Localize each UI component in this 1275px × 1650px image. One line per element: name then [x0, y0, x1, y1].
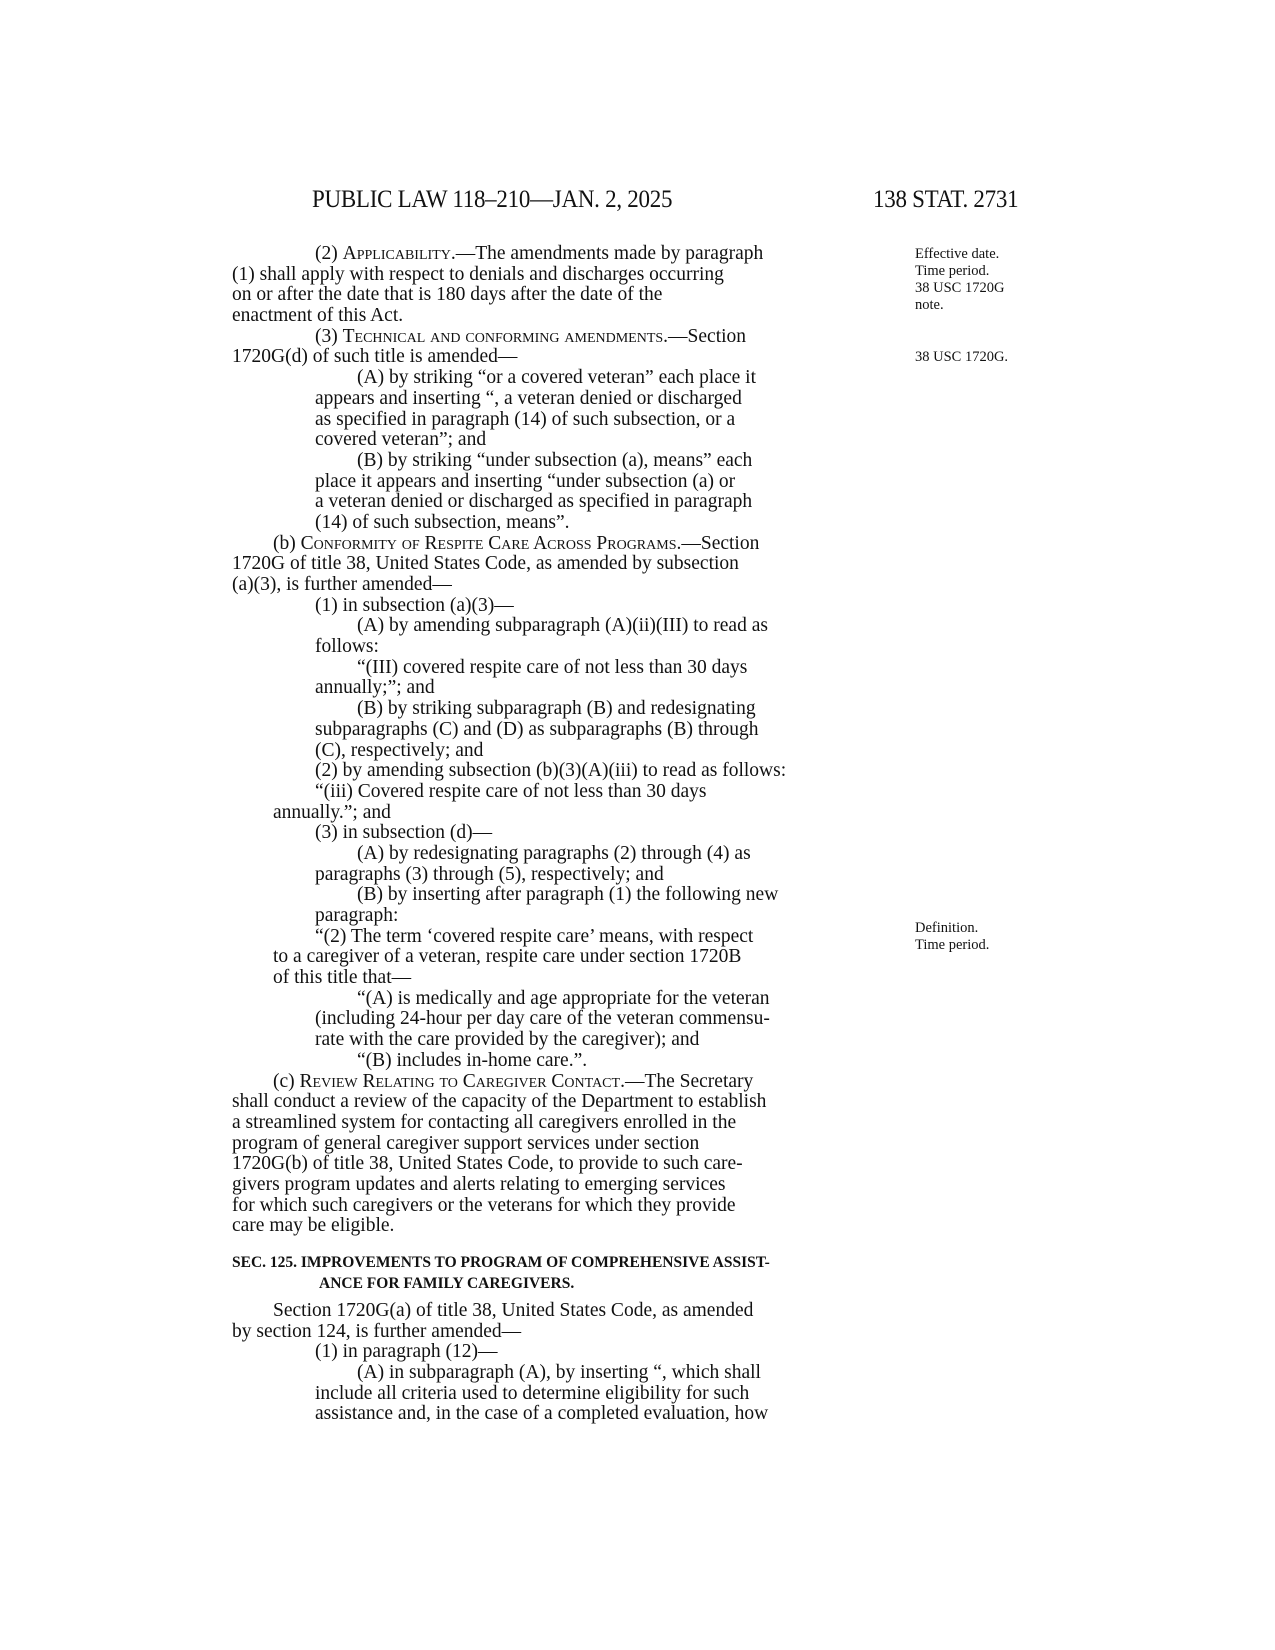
- text-run: annually.”; and: [273, 802, 391, 823]
- text-line: (1) in paragraph (12)—: [232, 1342, 892, 1363]
- text-line: assistance and, in the case of a complet…: [232, 1404, 892, 1425]
- text-run: a veteran denied or discharged as specif…: [315, 491, 752, 512]
- text-line: “(2) The term ‘covered respite care’ mea…: [232, 927, 892, 948]
- text-line: 1720G(b) of title 38, United States Code…: [232, 1154, 892, 1175]
- text-run: (c): [273, 1071, 300, 1092]
- text-line: (B) by striking subparagraph (B) and red…: [232, 699, 892, 720]
- text-run: “(iii) Covered respite care of not less …: [315, 781, 707, 802]
- margin-note-line: Time period.: [915, 263, 1004, 280]
- document-page: PUBLIC LAW 118–210—JAN. 2, 2025 138 STAT…: [0, 0, 1275, 1650]
- text-run: .—Section: [676, 533, 759, 554]
- text-line: for which such caregivers or the veteran…: [232, 1196, 892, 1217]
- section-caption: Review Relating to Caregiver Contact: [300, 1071, 621, 1092]
- text-line: Section 1720G(a) of title 38, United Sta…: [232, 1301, 892, 1322]
- text-line: (2) Applicability.—The amendments made b…: [232, 244, 892, 265]
- text-line: (C), respectively; and: [232, 741, 892, 762]
- text-line: (B) by inserting after paragraph (1) the…: [232, 885, 892, 906]
- text-run: a streamlined system for contacting all …: [232, 1112, 736, 1133]
- section-caption: Applicability: [343, 243, 451, 264]
- section-caption: Conformity of Respite Care Across Progra…: [301, 533, 677, 554]
- text-run: care may be eligible.: [232, 1215, 394, 1236]
- text-line: (A) by amending subparagraph (A)(ii)(III…: [232, 616, 892, 637]
- text-line: to a caregiver of a veteran, respite car…: [232, 947, 892, 968]
- text-line: shall conduct a review of the capacity o…: [232, 1092, 892, 1113]
- text-line: covered veteran”; and: [232, 430, 892, 451]
- text-line: as specified in paragraph (14) of such s…: [232, 410, 892, 431]
- text-line: rate with the care provided by the careg…: [232, 1030, 892, 1051]
- text-run: as specified in paragraph (14) of such s…: [315, 409, 735, 430]
- text-line: by section 124, is further amended—: [232, 1322, 892, 1343]
- text-line: (14) of such subsection, means”.: [232, 513, 892, 534]
- text-line: givers program updates and alerts relati…: [232, 1175, 892, 1196]
- text-run: (2) by amending subsection (b)(3)(A)(iii…: [315, 760, 786, 781]
- text-run: (1) shall apply with respect to denials …: [232, 264, 724, 285]
- text-run: assistance and, in the case of a complet…: [315, 1403, 768, 1424]
- text-line: enactment of this Act.: [232, 306, 892, 327]
- text-line: annually.”; and: [232, 803, 892, 824]
- text-line: annually;”; and: [232, 678, 892, 699]
- text-line: (1) in subsection (a)(3)—: [232, 596, 892, 617]
- text-line: appears and inserting “, a veteran denie…: [232, 389, 892, 410]
- text-line: (b) Conformity of Respite Care Across Pr…: [232, 534, 892, 555]
- text-run: to a caregiver of a veteran, respite car…: [273, 946, 741, 967]
- text-line: (c) Review Relating to Caregiver Contact…: [232, 1072, 892, 1093]
- running-header-page-number: 138 STAT. 2731: [873, 186, 1018, 214]
- text-run: annually;”; and: [315, 677, 435, 698]
- text-run: (14) of such subsection, means”.: [315, 512, 570, 533]
- text-line: (a)(3), is further amended—: [232, 575, 892, 596]
- text-run: paragraph:: [315, 905, 398, 926]
- text-line: place it appears and inserting “under su…: [232, 472, 892, 493]
- text-line: program of general caregiver support ser…: [232, 1134, 892, 1155]
- text-run: of this title that—: [273, 967, 411, 988]
- text-run: (B) by inserting after paragraph (1) the…: [357, 884, 778, 905]
- text-run: “(III) covered respite care of not less …: [357, 657, 747, 678]
- text-run: by section 124, is further amended—: [232, 1321, 521, 1342]
- margin-note-line: note.: [915, 297, 1004, 314]
- margin-note-effective-date: Effective date. Time period. 38 USC 1720…: [915, 246, 1004, 314]
- text-run: (B) by striking subparagraph (B) and red…: [357, 698, 756, 719]
- text-line: (A) by striking “or a covered veteran” e…: [232, 368, 892, 389]
- text-run: for which such caregivers or the veteran…: [232, 1195, 736, 1216]
- text-run: (A) by redesignating paragraphs (2) thro…: [357, 843, 751, 864]
- text-run: (1) in subsection (a)(3)—: [315, 595, 514, 616]
- text-run: givers program updates and alerts relati…: [232, 1174, 725, 1195]
- text-run: “(B) includes in-home care.”.: [357, 1050, 587, 1071]
- text-run: Section 1720G(a) of title 38, United Sta…: [273, 1300, 753, 1321]
- text-line: (2) by amending subsection (b)(3)(A)(iii…: [232, 761, 892, 782]
- section-heading-continued: ANCE FOR FAMILY CAREGIVERS.: [232, 1274, 892, 1295]
- margin-note-line: Time period.: [915, 937, 989, 954]
- text-line: 1720G of title 38, United States Code, a…: [232, 554, 892, 575]
- text-run: “(2) The term ‘covered respite care’ mea…: [315, 926, 753, 947]
- text-line: “(III) covered respite care of not less …: [232, 658, 892, 679]
- text-line: 1720G(d) of such title is amended—: [232, 347, 892, 368]
- text-run: (including 24-hour per day care of the v…: [315, 1008, 770, 1029]
- text-run: (3): [315, 326, 343, 347]
- text-run: covered veteran”; and: [315, 429, 486, 450]
- margin-note-line: 38 USC 1720G: [915, 280, 1004, 297]
- document-body: (2) Applicability.—The amendments made b…: [232, 244, 892, 1425]
- running-header-title: PUBLIC LAW 118–210—JAN. 2, 2025: [312, 186, 672, 214]
- margin-note-usc-citation: 38 USC 1720G.: [915, 349, 1008, 366]
- text-run: follows:: [315, 636, 379, 657]
- section-caption: Technical and conforming amendments: [343, 326, 664, 347]
- text-run: place it appears and inserting “under su…: [315, 471, 735, 492]
- text-line: include all criteria used to determine e…: [232, 1384, 892, 1405]
- spacer: [232, 1237, 892, 1253]
- margin-note-line: Definition.: [915, 920, 989, 937]
- text-run: on or after the date that is 180 days af…: [232, 284, 662, 305]
- section-heading: SEC. 125. IMPROVEMENTS TO PROGRAM OF COM…: [232, 1253, 892, 1274]
- text-line: follows:: [232, 637, 892, 658]
- text-run: 1720G of title 38, United States Code, a…: [232, 553, 739, 574]
- text-line: (A) in subparagraph (A), by inserting “,…: [232, 1363, 892, 1384]
- text-line: (3) Technical and conforming amendments.…: [232, 327, 892, 348]
- text-line: “(iii) Covered respite care of not less …: [232, 782, 892, 803]
- text-run: (A) in subparagraph (A), by inserting “,…: [357, 1362, 761, 1383]
- text-run: enactment of this Act.: [232, 305, 403, 326]
- text-run: (a)(3), is further amended—: [232, 574, 452, 595]
- text-run: (b): [273, 533, 301, 554]
- text-line: (3) in subsection (d)—: [232, 823, 892, 844]
- text-run: shall conduct a review of the capacity o…: [232, 1091, 766, 1112]
- text-run: program of general caregiver support ser…: [232, 1133, 699, 1154]
- text-run: “(A) is medically and age appropriate fo…: [357, 988, 770, 1009]
- text-line: (including 24-hour per day care of the v…: [232, 1009, 892, 1030]
- text-run: .—The amendments made by paragraph: [451, 243, 763, 264]
- text-line: “(B) includes in-home care.”.: [232, 1051, 892, 1072]
- text-run: (A) by striking “or a covered veteran” e…: [357, 367, 756, 388]
- text-line: “(A) is medically and age appropriate fo…: [232, 989, 892, 1010]
- margin-note-line: 38 USC 1720G.: [915, 349, 1008, 366]
- text-line: a streamlined system for contacting all …: [232, 1113, 892, 1134]
- text-line: of this title that—: [232, 968, 892, 989]
- margin-note-line: Effective date.: [915, 246, 1004, 263]
- text-run: rate with the care provided by the careg…: [315, 1029, 699, 1050]
- text-run: subparagraphs (C) and (D) as subparagrap…: [315, 719, 759, 740]
- text-run: (B) by striking “under subsection (a), m…: [357, 450, 752, 471]
- text-run: .—Section: [663, 326, 746, 347]
- text-run: .—The Secretary: [620, 1071, 753, 1092]
- text-run: (2): [315, 243, 343, 264]
- text-line: on or after the date that is 180 days af…: [232, 285, 892, 306]
- text-line: a veteran denied or discharged as specif…: [232, 492, 892, 513]
- text-line: care may be eligible.: [232, 1216, 892, 1237]
- text-run: 1720G(b) of title 38, United States Code…: [232, 1153, 743, 1174]
- text-run: 1720G(d) of such title is amended—: [232, 346, 517, 367]
- text-run: paragraphs (3) through (5), respectively…: [315, 864, 664, 885]
- text-line: paragraph:: [232, 906, 892, 927]
- text-line: (1) shall apply with respect to denials …: [232, 265, 892, 286]
- text-line: (B) by striking “under subsection (a), m…: [232, 451, 892, 472]
- text-run: appears and inserting “, a veteran denie…: [315, 388, 742, 409]
- text-run: (C), respectively; and: [315, 740, 483, 761]
- text-line: subparagraphs (C) and (D) as subparagrap…: [232, 720, 892, 741]
- text-line: paragraphs (3) through (5), respectively…: [232, 865, 892, 886]
- text-run: (1) in paragraph (12)—: [315, 1341, 497, 1362]
- text-run: (A) by amending subparagraph (A)(ii)(III…: [357, 615, 768, 636]
- margin-note-definition: Definition. Time period.: [915, 920, 989, 954]
- text-run: include all criteria used to determine e…: [315, 1383, 749, 1404]
- text-line: (A) by redesignating paragraphs (2) thro…: [232, 844, 892, 865]
- text-run: (3) in subsection (d)—: [315, 822, 492, 843]
